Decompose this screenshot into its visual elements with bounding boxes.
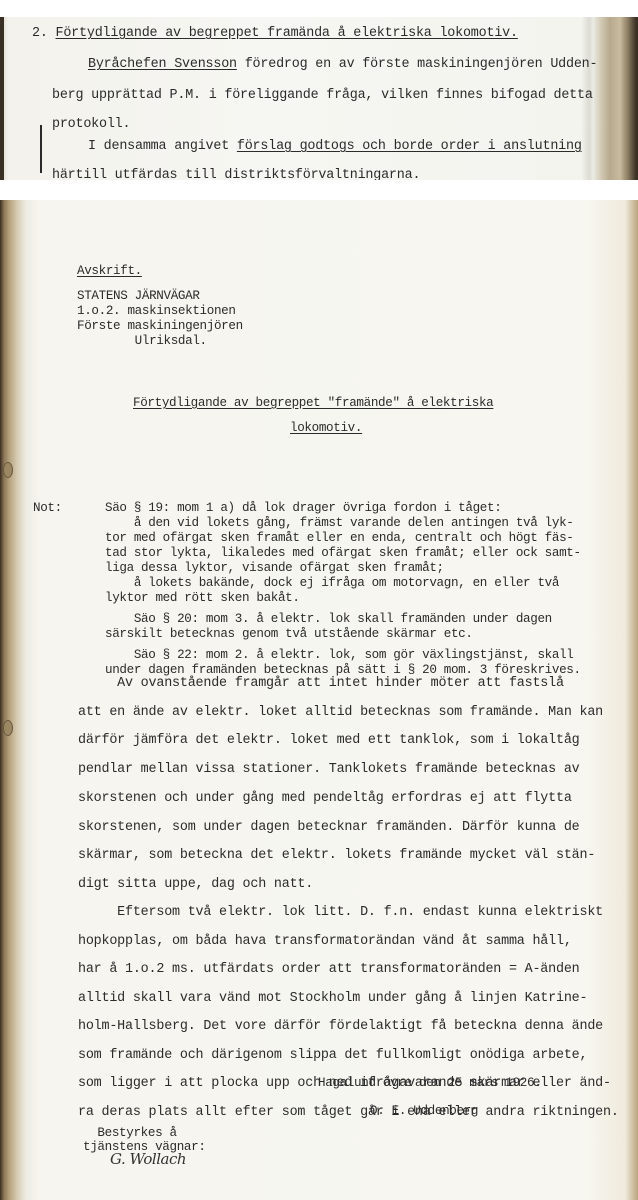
body-line: har å 1.o.2 ms. utfärdats order att tran… <box>78 962 579 977</box>
note-line: Säo § 22: mom 2. å elektr. lok, som gör … <box>105 648 574 663</box>
note-line: liga dessa lyktor, visande ofärgat sken … <box>105 561 444 576</box>
document-title-line-2: lokomotiv. <box>290 421 362 436</box>
body-line: skorstenen, som under dagen betecknar fr… <box>78 820 579 835</box>
body-line: Eftersom två elektr. lok litt. D. f.n. e… <box>78 905 603 920</box>
text: föredrog en av förste maskiningenjören U… <box>237 57 597 72</box>
note-line: å den vid lokets gång, främst varande de… <box>105 516 574 531</box>
body-line: skärmar, som beteckna det elektr. lokets… <box>78 848 595 863</box>
note-line: Säo § 19: mom 1 a) då lok drager övriga … <box>105 501 501 516</box>
underlined-decision: förslag godtogs och borde order i anslut… <box>237 139 582 154</box>
binding-ring <box>3 720 13 736</box>
copy-label-text: Avskrift. <box>77 264 142 278</box>
paragraph-1-line-1: Byråchefen Svensson föredrog en av först… <box>88 57 597 72</box>
item-number: 2. <box>32 26 48 41</box>
paragraph-1-line-3: protokoll. <box>52 117 130 132</box>
binding-ring <box>3 462 13 478</box>
item-title: Förtydligande av begreppet framända å el… <box>56 26 518 41</box>
body-line: alltid skall vara vänd mot Stockholm und… <box>78 991 587 1006</box>
body-line: att en ände av elektr. loket alltid bete… <box>78 705 603 720</box>
protocol-item-heading: 2. Förtydligande av begreppet framända å… <box>32 26 518 41</box>
document-title-line-1: Förtydligande av begreppet "framände" å … <box>133 396 493 411</box>
copy-label: Avskrift. <box>77 264 142 279</box>
body-line: skorstenen och under gång med pendeltåg … <box>78 791 572 806</box>
body-line: därför jämföra det elektr. loket med ett… <box>78 733 579 748</box>
underlined-name: Byråchefen Svensson <box>88 57 237 72</box>
paragraph-1-line-2: berg upprättad P.M. i föreliggande fråga… <box>52 88 593 103</box>
body-line: som framände och därigenom slippa det fu… <box>78 1048 587 1063</box>
note-line: tor med ofärgat sken framåt eller en end… <box>105 531 574 546</box>
body-line: ra deras plats allt efter som tåget går … <box>78 1105 619 1120</box>
text: . <box>412 168 420 180</box>
body-line: pendlar mellan vissa stationer. Tankloke… <box>78 762 579 777</box>
certification-line-1: Bestyrkes å <box>83 1126 177 1141</box>
body-line: holm-Hallsberg. Det vore därför fördelak… <box>78 1019 603 1034</box>
paragraph-2-line-1: I densamma angivet förslag godtogs och b… <box>88 139 582 154</box>
margin-mark <box>40 125 42 173</box>
body-line: hopkopplas, om båda hava transformatorän… <box>78 934 572 949</box>
page-edge-left <box>0 17 4 180</box>
copy-document-scan: Avskrift. STATENS JÄRNVÄGAR 1.o.2. maski… <box>0 200 638 1200</box>
book-binding-edge <box>594 17 638 180</box>
note-label: Not: <box>33 501 62 516</box>
sender-line: STATENS JÄRNVÄGAR <box>77 289 200 304</box>
place-date: Hagalund övre den 25 mars 1926. <box>318 1076 541 1091</box>
handwritten-signature: G. Wollach <box>110 1150 186 1168</box>
note-line: tad stor lykta, likaledes med ofärgat sk… <box>105 546 581 561</box>
body-line: digt sitta uppe, dag och natt. <box>78 877 313 892</box>
note-line: lyktor med rött sken bakåt. <box>105 591 300 606</box>
protocol-excerpt-scan: 2. Förtydligande av begreppet framända å… <box>0 17 638 180</box>
text: I densamma angivet <box>88 139 237 154</box>
note-line: särskilt betecknas genom två utstående s… <box>105 627 473 642</box>
sender-line: Förste maskiningenjören <box>77 319 243 334</box>
note-line: Säo § 20: mom 3. å elektr. lok skall fra… <box>105 612 552 627</box>
underlined-decision: härtill utfärdas till distriktsförvaltni… <box>52 168 412 180</box>
signatory-name: O. E. Uddenberg <box>370 1104 478 1119</box>
body-line: Av ovanstående framgår att intet hinder … <box>78 676 564 691</box>
note-line: å lokets bakände, dock ej ifråga om moto… <box>105 576 559 591</box>
sender-line: 1.o.2. maskinsektionen <box>77 304 236 319</box>
sender-line: Ulriksdal. <box>77 334 207 349</box>
paragraph-2-line-2: härtill utfärdas till distriktsförvaltni… <box>52 168 420 180</box>
